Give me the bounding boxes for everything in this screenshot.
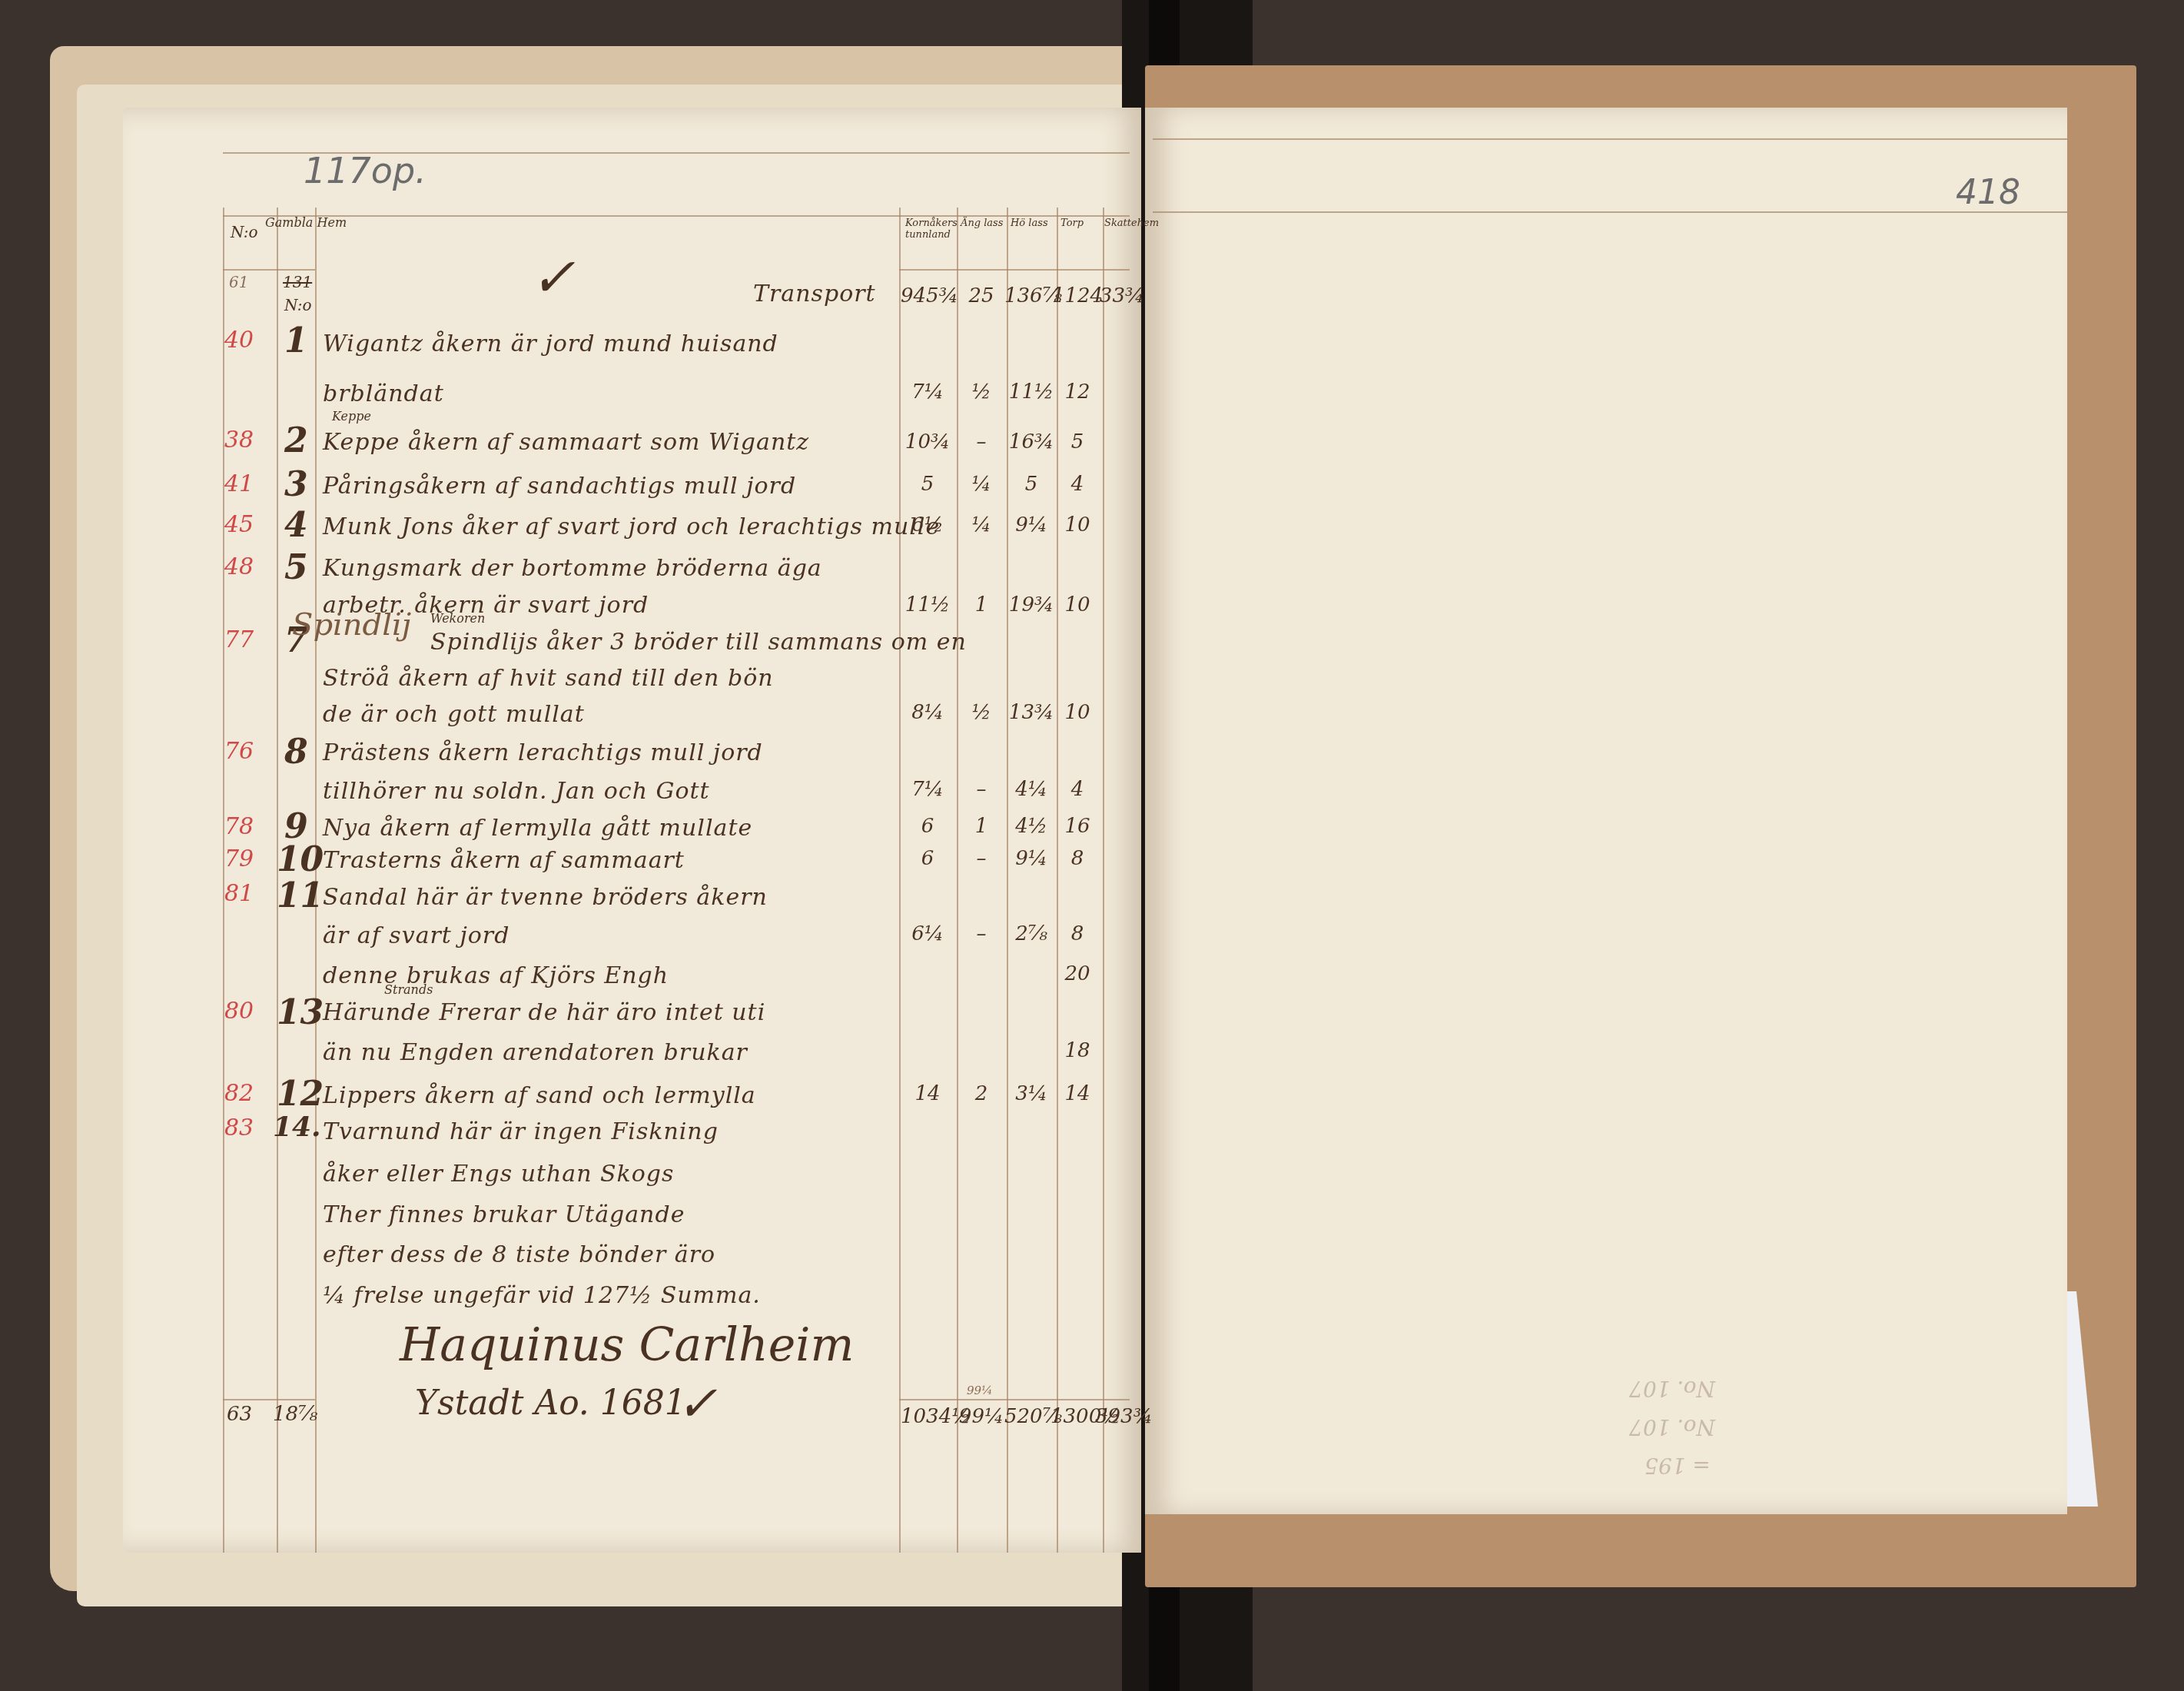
entry-9-value-4: 16 — [1051, 815, 1104, 838]
entry-1-no: 1 — [284, 321, 308, 360]
entry-8-old-no: 76 — [224, 738, 254, 765]
entry-5-old-no: 48 — [224, 553, 254, 580]
entry-7-old-no: 77 — [224, 626, 254, 653]
check-mark-top: ✓ — [530, 246, 576, 309]
show-through-2: No. 107 — [1629, 1414, 1715, 1440]
entry-7-value-1: 8¼ — [901, 701, 954, 724]
entry-1-line-2: brbländat — [323, 380, 444, 407]
entry-3-value-1: 5 — [901, 473, 954, 496]
entry-2-value-1: 10¾ — [901, 430, 954, 453]
entry-13-no: 13 — [277, 993, 324, 1032]
header-old-value: 61 — [229, 273, 248, 291]
entry-9-value-2: 1 — [954, 815, 1008, 838]
entry-9-line-1: Nya åkern af lermylla gått mullate — [323, 815, 752, 842]
value-col-header-1: Kornåkers tunnland — [905, 218, 953, 241]
value-col-header-5: Skattehem — [1104, 218, 1143, 229]
value-col-header-2: Äng lass — [961, 218, 1005, 229]
entry-14-old-no: 83 — [224, 1115, 254, 1141]
signature-name: Haquinus Carlheim — [400, 1318, 854, 1372]
entry-7-margin-note: Spindlij — [292, 607, 411, 643]
header-col-old: Gambla Hem — [265, 215, 347, 230]
entry-2-note: Keppe — [332, 409, 371, 424]
signature-place-date: Ystadt Ao. 1681 — [415, 1384, 686, 1423]
entry-12-value-1: 14 — [901, 1082, 954, 1105]
entry-11-extra-value: 20 — [1051, 962, 1104, 985]
right-page — [1145, 108, 2067, 1514]
total-rule-left — [223, 1399, 315, 1400]
entry-5-value-1: 11½ — [901, 593, 954, 616]
entry-7-note: Wekoren — [430, 611, 485, 626]
entry-9-value-1: 6 — [901, 815, 954, 838]
col-rule-7 — [1057, 208, 1058, 1553]
entry-3-value-2: ¼ — [954, 473, 1008, 496]
entry-11-line-3: denne brukas af Kjörs Engh — [323, 962, 669, 989]
entry-12-old-no: 82 — [224, 1080, 254, 1107]
entry-9-old-no: 78 — [224, 813, 254, 840]
total-note-above: 99¼ — [967, 1384, 993, 1397]
entry-8-value-1: 7¼ — [901, 778, 954, 801]
header-old-struck: 131 — [283, 273, 312, 291]
total-value-5: 393¾ — [1095, 1405, 1149, 1428]
entry-2-value-2: – — [954, 430, 1008, 453]
total-left-1: 63 — [227, 1403, 252, 1426]
entry-10-old-no: 79 — [224, 845, 254, 872]
entry-13-line-1: Härunde Frerar de här äro intet uti — [323, 999, 765, 1026]
entry-4-value-4: 10 — [1051, 513, 1104, 537]
entry-1-line-1: Wigantz åkern är jord mund huisand — [323, 331, 778, 357]
entry-3-old-no: 41 — [224, 470, 254, 497]
value-col-header-4: Torp — [1060, 218, 1100, 229]
entry-8-line-1: Prästens åkern lerachtigs mull jord — [323, 739, 763, 766]
entry-4-value-1: 6½ — [901, 513, 954, 537]
entry-14-line-3: Ther finnes brukar Utägande — [323, 1201, 685, 1228]
entry-3-line-1: Påringsåkern af sandachtigs mull jord — [323, 473, 796, 500]
entry-8-line-2: tillhörer nu soldn. Jan och Gott — [323, 778, 710, 805]
entry-13-value-4: 18 — [1051, 1039, 1104, 1062]
check-mark-signature: ✓ — [676, 1376, 718, 1433]
entry-11-value-4: 8 — [1051, 922, 1104, 945]
total-rule-right — [899, 1399, 1130, 1400]
entry-12-line-1: Lippers åkern af sand och lermylla — [323, 1082, 756, 1109]
entry-8-value-2: – — [954, 778, 1008, 801]
entry-3-value-4: 4 — [1051, 473, 1104, 496]
pencil-folio-right: 418 — [1956, 173, 2020, 212]
right-header-rule — [1153, 211, 2067, 213]
entry-12-no: 12 — [277, 1075, 324, 1114]
transport-value-1: 945¾ — [901, 284, 954, 307]
entry-13-old-no: 80 — [224, 998, 254, 1025]
entry-2-line-1: Keppe åkern af sammaart som Wigantz — [323, 429, 809, 456]
entry-7-value-4: 10 — [1051, 701, 1104, 724]
header-rule — [223, 215, 1130, 217]
total-value-1: 1034½ — [901, 1405, 954, 1428]
entry-10-no: 10 — [277, 840, 324, 879]
entry-10-line-1: Trasterns åkern af sammaart — [323, 847, 685, 874]
entry-5-no: 5 — [284, 548, 308, 587]
subheader-rule-left — [223, 269, 315, 271]
transport-value-2: 25 — [954, 284, 1008, 307]
col-rule-6 — [1007, 208, 1008, 1553]
entry-13-note: Strands — [384, 982, 433, 997]
entry-14-line-5: ¼ frelse ungefär vid 127½ Summa. — [323, 1282, 761, 1309]
entry-14-no: 14. — [273, 1111, 321, 1143]
header-col-no: N:o — [284, 296, 312, 314]
col-rule-4 — [899, 208, 901, 1553]
entry-7-value-2: ½ — [954, 701, 1008, 724]
entry-11-line-1: Sandal här är tvenne bröders åkern — [323, 884, 768, 911]
entry-11-value-1: 6¼ — [901, 922, 954, 945]
entry-11-no: 11 — [277, 876, 324, 915]
show-through-1: No. 107 — [1629, 1376, 1715, 1401]
entry-7-line-3: de är och gott mullat — [323, 701, 585, 728]
entry-7-line-2: Ströå åkern af hvit sand till den bön — [323, 665, 774, 692]
entry-1-value-1: 7¼ — [901, 380, 954, 404]
entry-5-value-4: 10 — [1051, 593, 1104, 616]
header-col-nr: N:o — [231, 223, 258, 241]
entry-10-value-2: – — [954, 847, 1008, 870]
transport-label: Transport — [753, 281, 876, 307]
entry-3-no: 3 — [284, 465, 308, 504]
entry-2-old-no: 38 — [224, 427, 254, 453]
pencil-folio-left: 117op. — [304, 150, 427, 191]
col-rule-5 — [957, 208, 958, 1553]
total-left-2: 18⅞ — [273, 1403, 317, 1426]
entry-8-value-4: 4 — [1051, 778, 1104, 801]
entry-14-line-2: åker eller Engs uthan Skogs — [323, 1161, 674, 1188]
entry-5-value-2: 1 — [954, 593, 1008, 616]
entry-1-old-no: 40 — [224, 327, 254, 354]
value-col-header-3: Hö lass — [1011, 218, 1055, 229]
entry-10-value-4: 8 — [1051, 847, 1104, 870]
entry-7-line-1: Spindlijs åker 3 bröder till sammans om … — [430, 629, 967, 656]
total-value-2: 99¼ — [954, 1405, 1008, 1428]
entry-12-value-2: 2 — [954, 1082, 1008, 1105]
right-top-rule — [1153, 138, 2067, 140]
entry-11-value-2: – — [954, 922, 1008, 945]
entry-4-line-1: Munk Jons åker af svart jord och leracht… — [323, 513, 940, 540]
entry-1-value-2: ½ — [954, 380, 1008, 404]
subheader-rule-right — [899, 269, 1130, 271]
entry-10-value-1: 6 — [901, 847, 954, 870]
entry-2-no: 2 — [284, 421, 308, 460]
entry-4-value-2: ¼ — [954, 513, 1008, 537]
entry-5-line-1: Kungsmark der bortomme bröderna äga — [323, 555, 822, 582]
entry-1-value-4: 12 — [1051, 380, 1104, 404]
entry-11-old-no: 81 — [224, 880, 254, 907]
entry-4-old-no: 45 — [224, 511, 254, 538]
entry-11-line-2: är af svart jord — [323, 922, 509, 949]
entry-13-line-2: än nu Engden arendatoren brukar — [323, 1039, 748, 1066]
entry-14-line-4: efter dess de 8 tiste bönder äro — [323, 1241, 715, 1268]
entry-14-line-1: Tvarnund här är ingen Fiskning — [323, 1118, 719, 1145]
entry-12-value-4: 14 — [1051, 1082, 1104, 1105]
entry-8-no: 8 — [284, 733, 308, 772]
show-through-3: = 195 — [1645, 1453, 1711, 1478]
entry-2-value-4: 5 — [1051, 430, 1104, 453]
transport-value-5: 33¾ — [1095, 284, 1149, 307]
entry-4-no: 4 — [284, 506, 308, 545]
col-rule-8 — [1103, 208, 1104, 1553]
